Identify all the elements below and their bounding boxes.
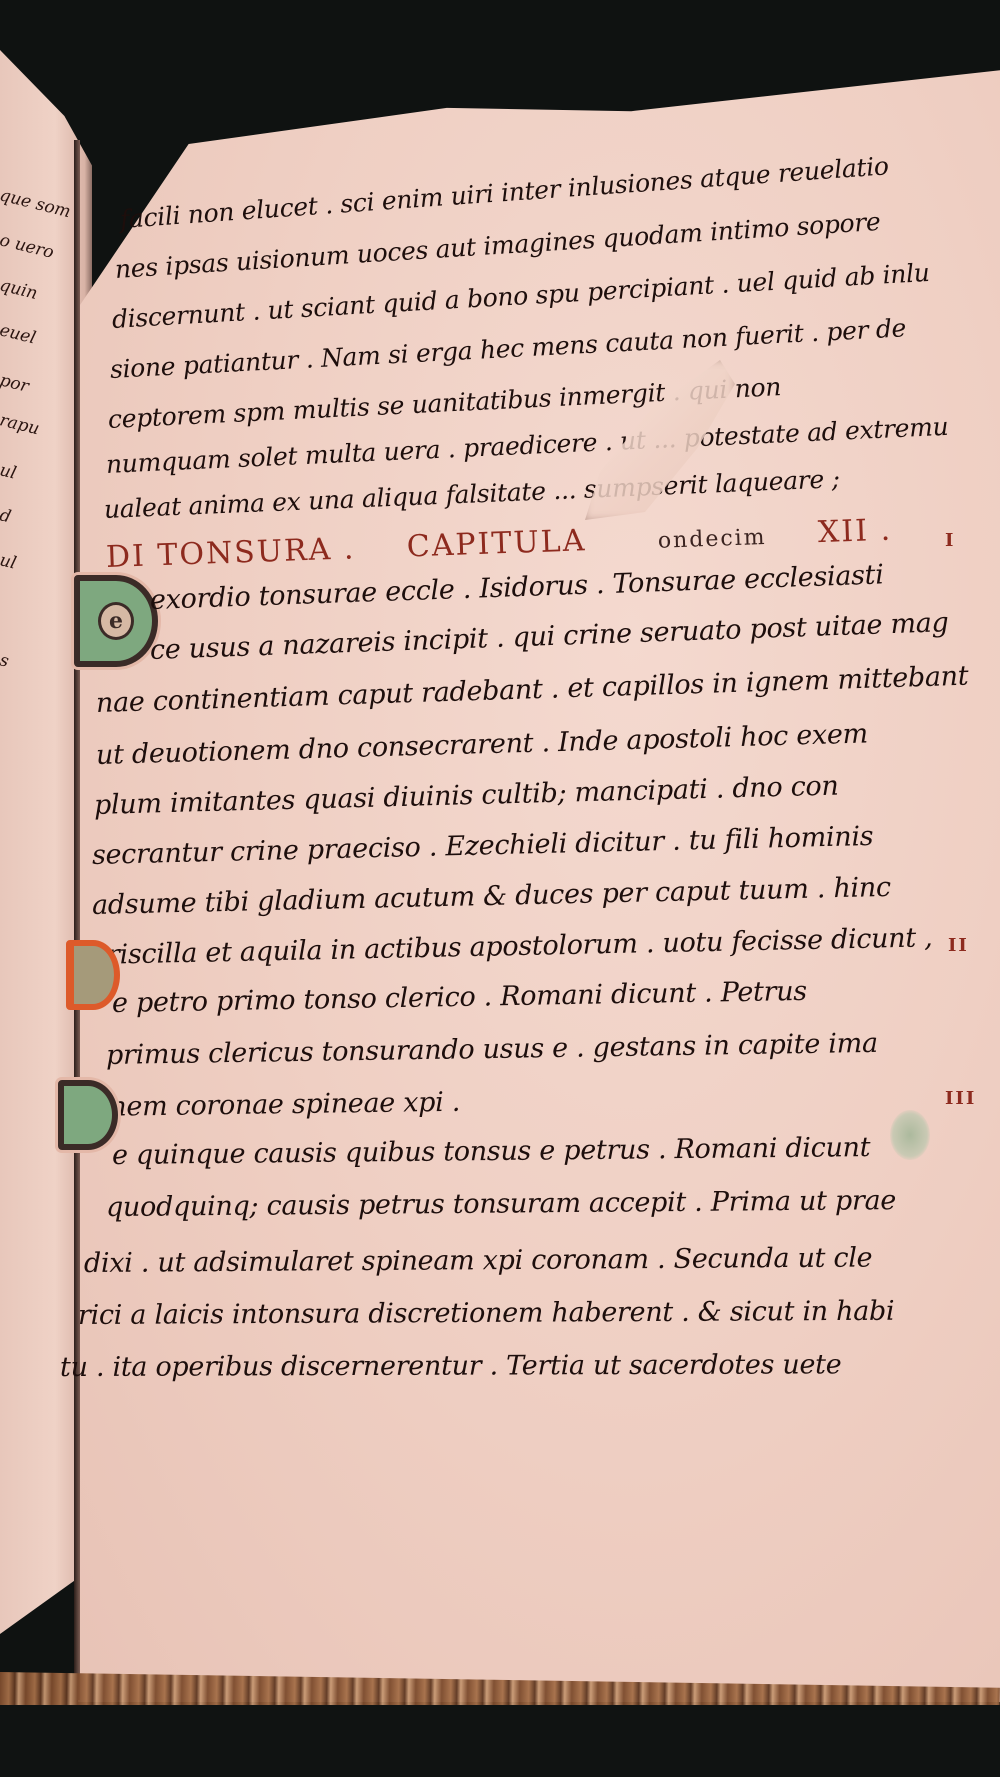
manuscript-line: ginem coronae spineae xpi . [84,1087,460,1123]
left-page-line: que som [0,185,73,222]
manuscript-line: dixi . ut adsimularet spineam xpi corona… [84,1242,872,1279]
inner-initial-e: e [98,602,134,640]
heading-torn-word: ondecim [657,525,767,554]
left-page-line: s [0,650,11,672]
illuminated-initial-d [58,1080,118,1150]
dark-background [0,1705,1000,1777]
heading-capitula: CAPITULA [406,523,587,564]
left-page-line: euel [0,320,38,348]
left-page-line: rapu [0,410,41,439]
heading-numeral: XII . [817,513,892,551]
left-page-line: ul [0,460,18,483]
manuscript-line: tu . ita operibus discernerentur . Terti… [60,1349,841,1383]
left-page-line: quin [0,275,40,304]
green-pigment-stain [890,1110,930,1160]
marginal-numeral: II [948,935,969,956]
manuscript-line: rici a laicis intonsura discretionem hab… [78,1296,894,1331]
marginal-numeral: III [945,1088,976,1109]
left-page-line: ul [0,550,18,573]
left-page-line: o uero [0,230,56,263]
book-gutter [74,140,80,1700]
marginal-numeral: I [945,530,955,551]
illuminated-initial-d: e [74,575,158,667]
left-page-line: por [0,370,31,396]
left-page-line: d [0,505,13,527]
